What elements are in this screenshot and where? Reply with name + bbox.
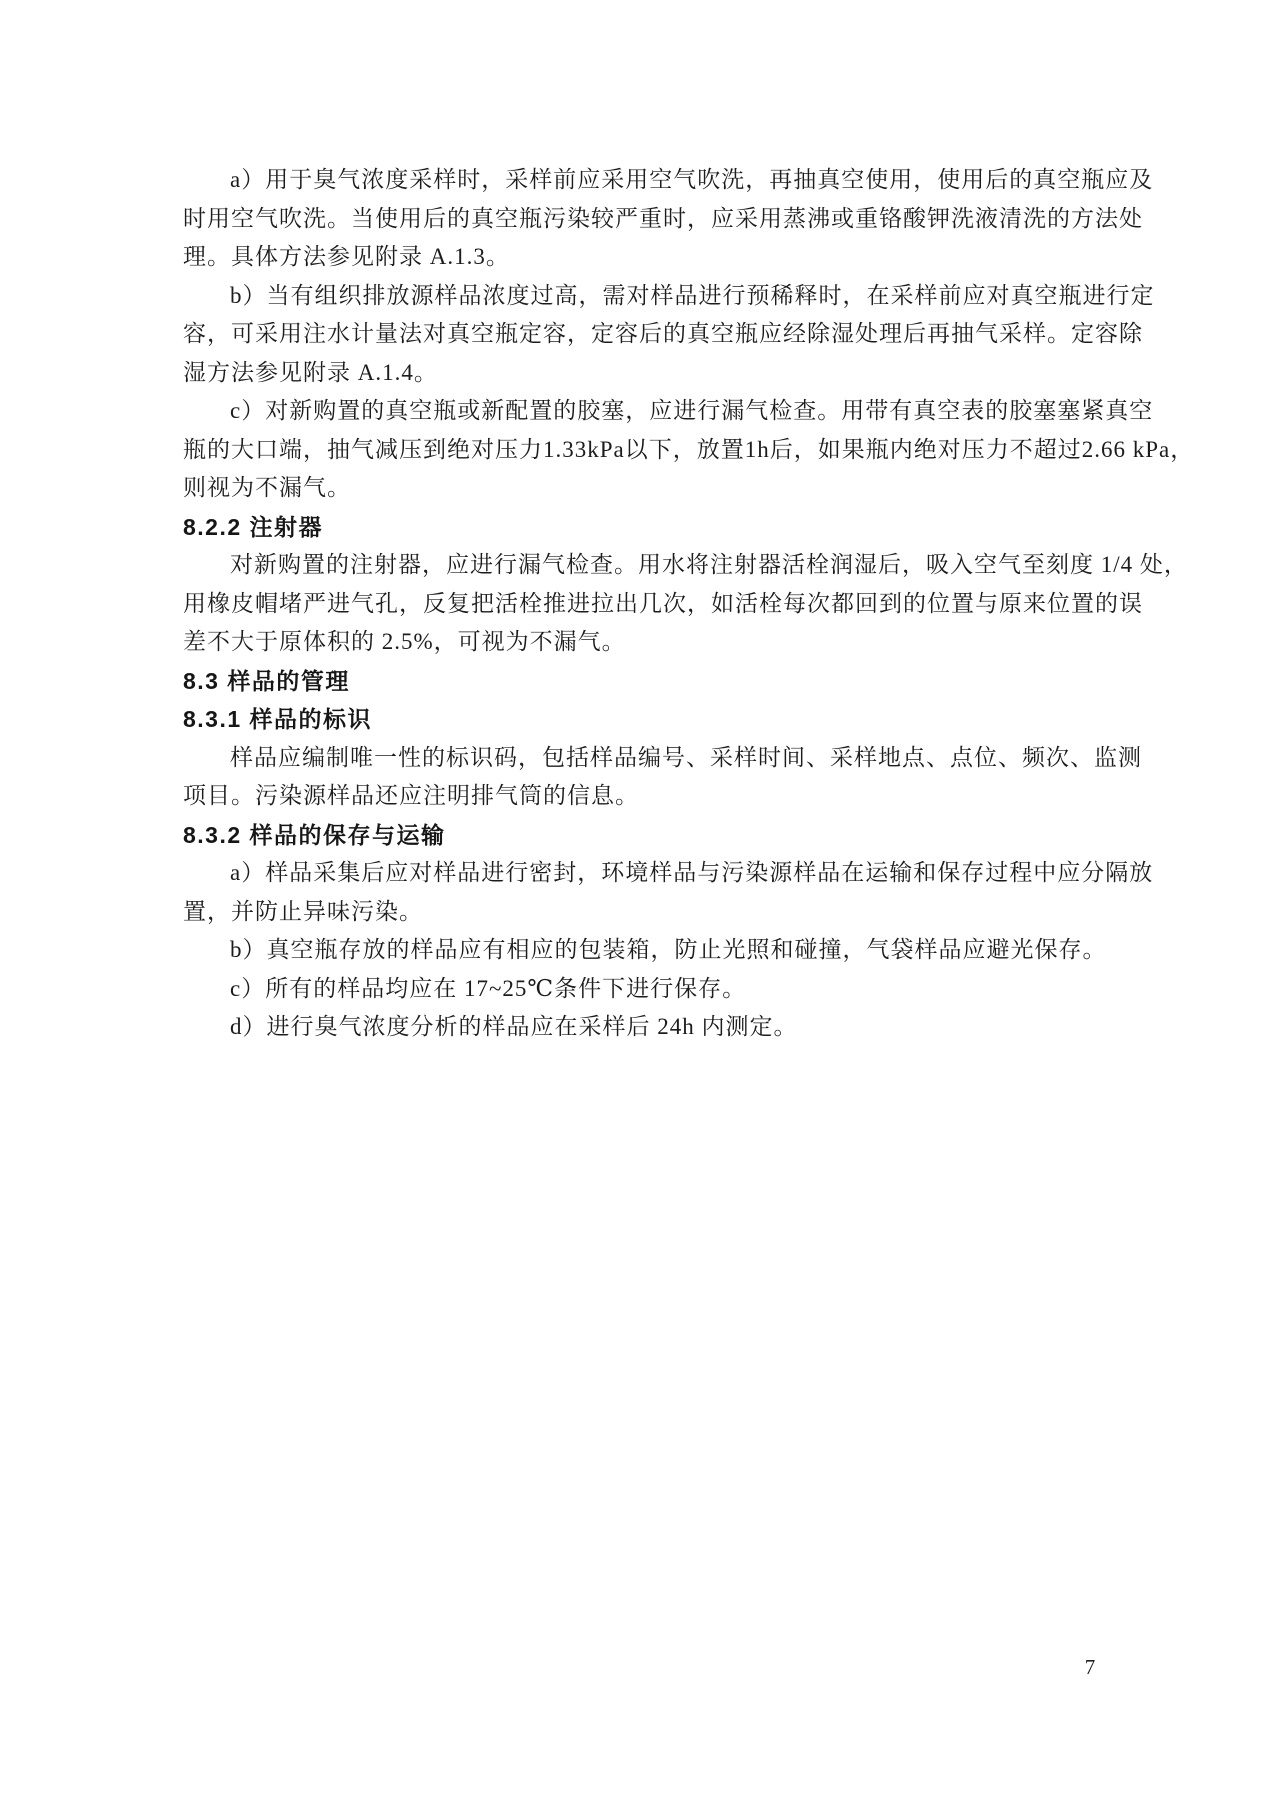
document-line: d）进行臭气浓度分析的样品应在采样后 24h 内测定。 — [183, 1008, 1100, 1047]
document-line: 项目。污染源样品还应注明排气筒的信息。 — [183, 777, 1100, 816]
document-line: b）当有组织排放源样品浓度过高，需对样品进行预稀释时，在采样前应对真空瓶进行定 — [183, 277, 1100, 316]
document-line: 差不大于原体积的 2.5%，可视为不漏气。 — [183, 623, 1100, 662]
document-line: 置，并防止异味污染。 — [183, 893, 1100, 932]
document-line: a）样品采集后应对样品进行密封，环境样品与污染源样品在运输和保存过程中应分隔放 — [183, 854, 1100, 893]
document-line: 则视为不漏气。 — [183, 469, 1100, 508]
section-heading: 8.3.1 样品的标识 — [183, 700, 1100, 739]
document-line: 样品应编制唯一性的标识码，包括样品编号、采样时间、采样地点、点位、频次、监测 — [183, 739, 1100, 778]
section-heading: 8.2.2 注射器 — [183, 508, 1100, 547]
document-line: a）用于臭气浓度采样时，采样前应采用空气吹洗，再抽真空使用，使用后的真空瓶应及 — [183, 161, 1100, 200]
document-line: 用橡皮帽堵严进气孔，反复把活栓推进拉出几次，如活栓每次都回到的位置与原来位置的误 — [183, 585, 1100, 624]
document-line: 对新购置的注射器，应进行漏气检查。用水将注射器活栓润湿后，吸入空气至刻度 1/4… — [183, 546, 1100, 585]
document-line: 湿方法参见附录 A.1.4。 — [183, 354, 1100, 393]
document-page: a）用于臭气浓度采样时，采样前应采用空气吹洗，再抽真空使用，使用后的真空瓶应及时… — [0, 0, 1280, 1810]
document-line: 时用空气吹洗。当使用后的真空瓶污染较严重时，应采用蒸沸或重铬酸钾洗液清洗的方法处 — [183, 200, 1100, 239]
document-body: a）用于臭气浓度采样时，采样前应采用空气吹洗，再抽真空使用，使用后的真空瓶应及时… — [183, 161, 1100, 1047]
section-heading: 8.3 样品的管理 — [183, 662, 1100, 701]
document-line: 容，可采用注水计量法对真空瓶定容，定容后的真空瓶应经除湿处理后再抽气采样。定容除 — [183, 315, 1100, 354]
document-line: c）对新购置的真空瓶或新配置的胶塞，应进行漏气检查。用带有真空表的胶塞塞紧真空 — [183, 392, 1100, 431]
document-line: b）真空瓶存放的样品应有相应的包装箱，防止光照和碰撞，气袋样品应避光保存。 — [183, 931, 1100, 970]
document-line: 瓶的大口端，抽气减压到绝对压力1.33kPa以下，放置1h后，如果瓶内绝对压力不… — [183, 431, 1100, 470]
document-line: c）所有的样品均应在 17~25℃条件下进行保存。 — [183, 970, 1100, 1009]
document-line: 理。具体方法参见附录 A.1.3。 — [183, 238, 1100, 277]
page-number: 7 — [1070, 1652, 1110, 1682]
section-heading: 8.3.2 样品的保存与运输 — [183, 816, 1100, 855]
